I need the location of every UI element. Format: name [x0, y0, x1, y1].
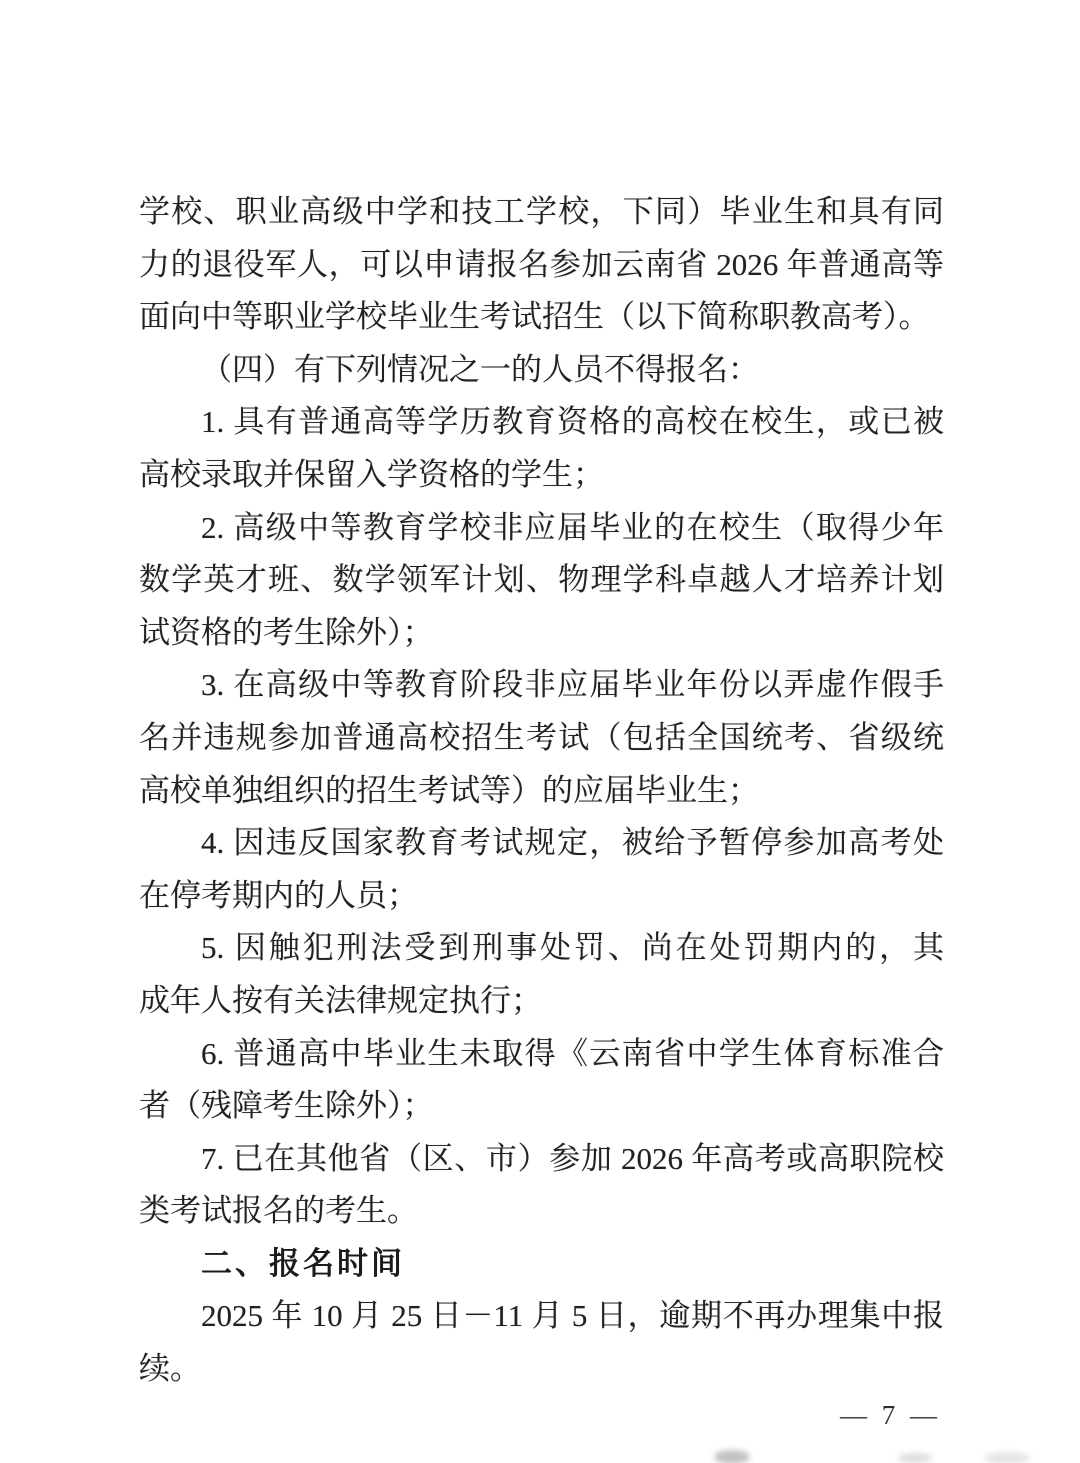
text-line: 6. 普通高中毕业生未取得《云南省中学生体育标准合格证》: [139, 1028, 944, 1081]
scan-smudge: [714, 1450, 750, 1463]
text-line: 续。: [139, 1343, 944, 1396]
text-line: 7. 已在其他省（区、市）参加 2026 年高考或高职院校分: [139, 1133, 944, 1186]
scan-smudge: [898, 1453, 932, 1463]
text-line: 试资格的考生除外）；: [139, 607, 944, 660]
text-line: 成年人按有关法律规定执行；: [139, 975, 944, 1028]
section-heading: 二、报名时间: [139, 1238, 944, 1291]
text-line: 3. 在高级中等教育阶段非应届毕业年份以弄虚作假手段报: [139, 659, 944, 712]
text-line: 高校单独组织的招生考试等）的应届毕业生；: [139, 765, 944, 818]
text-line: 力的退役军人，可以申请报名参加云南省 2026 年普通高等学校: [139, 239, 944, 292]
text-line: 学校、职业高级中学和技工学校，下同）毕业生和具有同等学: [139, 186, 944, 239]
document-page: 学校、职业高级中学和技工学校，下同）毕业生和具有同等学力的退役军人，可以申请报名…: [0, 0, 1080, 1463]
text-line: 者（残障考生除外）；: [139, 1080, 944, 1133]
text-line: 4. 因违反国家教育考试规定，被给予暂停参加高考处理且: [139, 817, 944, 870]
text-line: 在停考期内的人员；: [139, 870, 944, 923]
scan-smudge: [984, 1452, 1030, 1463]
text-line: （四）有下列情况之一的人员不得报名：: [139, 344, 944, 397]
text-line: 数学英才班、数学领军计划、物理学科卓越人才培养计划等考: [139, 554, 944, 607]
text-line: 2025 年 10 月 25 日－11 月 5 日，逾期不再办理集中报名手: [139, 1290, 944, 1343]
text-line: 高校录取并保留入学资格的学生；: [139, 449, 944, 502]
text-line: 5. 因触犯刑法受到刑事处罚、尚在处罚期内的，其中，未: [139, 922, 944, 975]
text-line: 名并违规参加普通高校招生考试（包括全国统考、省级统考和: [139, 712, 944, 765]
text-line: 面向中等职业学校毕业生考试招生（以下简称职教高考）。: [139, 291, 944, 344]
page-number: — 7 —: [840, 1398, 941, 1432]
text-line: 1. 具有普通高等学历教育资格的高校在校生，或已被普通: [139, 396, 944, 449]
text-line: 类考试报名的考生。: [139, 1185, 944, 1238]
document-body: 学校、职业高级中学和技工学校，下同）毕业生和具有同等学力的退役军人，可以申请报名…: [139, 186, 944, 1396]
text-line: 2. 高级中等教育学校非应届毕业的在校生（取得少年班、: [139, 502, 944, 555]
